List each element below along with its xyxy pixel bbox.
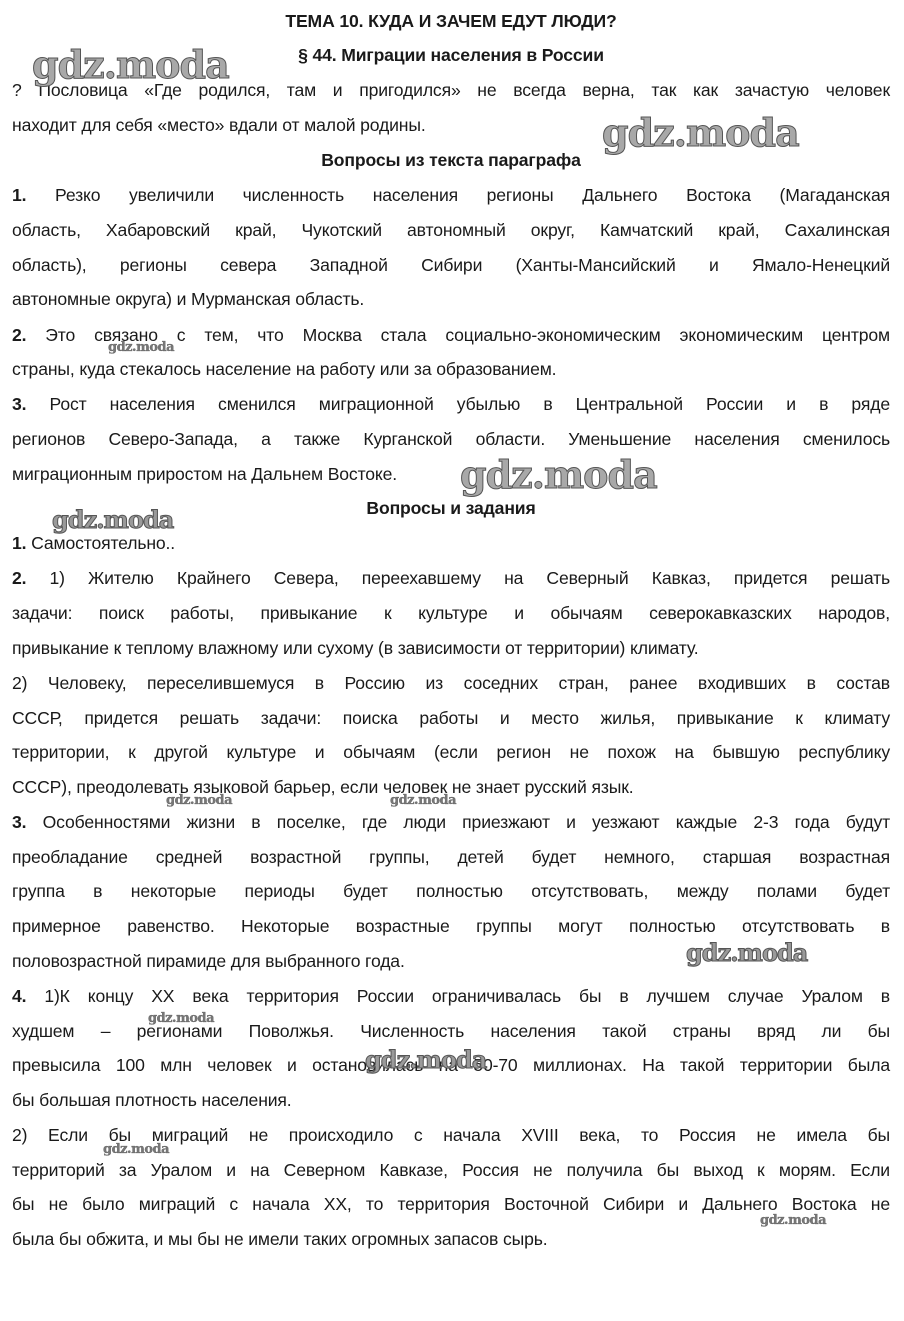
answer-line: область, Хабаровский край, Чукотский авт… (12, 219, 890, 241)
answer-line: бы не было миграций с начала XX, то терр… (12, 1193, 890, 1215)
watermark-logo: gdz.moda (365, 1045, 486, 1074)
answer-line: 3. Рост населения сменился миграционной … (12, 393, 890, 415)
answer-line: область), регионы севера Западной Сибири… (12, 254, 890, 276)
item-number: 3. (12, 812, 26, 832)
topic-title: ТЕМА 10. КУДА И ЗАЧЕМ ЕДУТ ЛЮДИ? (12, 10, 890, 32)
watermark-logo: gdz.moda (602, 110, 799, 155)
answer-line: бы большая плотность населения. (12, 1089, 890, 1111)
answer-line: 2) Человеку, переселившемуся в Россию из… (12, 672, 890, 694)
watermark-logo: gdz.moda (686, 938, 807, 967)
answer-line: миграционным приростом на Дальнем Восток… (12, 463, 890, 485)
answer-line: преобладание средней возрастной группы, … (12, 846, 890, 868)
watermark-logo: gdz.moda (108, 340, 174, 355)
item-number: 4. (12, 986, 26, 1006)
watermark-logo: gdz.moda (460, 452, 657, 497)
answer-line: регионов Северо-Запада, а также Курганск… (12, 428, 890, 450)
answer-line: территории, к другой культуре и обычаям … (12, 741, 890, 763)
answer-line: автономные округа) и Мурманская область. (12, 288, 890, 310)
item-number: 1. (12, 533, 26, 553)
answer-line: 4. 1)К концу XX века территория России о… (12, 985, 890, 1007)
answer-line: 3. Особенностями жизни в поселке, где лю… (12, 811, 890, 833)
item-number: 1. (12, 185, 26, 205)
answer-line: страны, куда стекалось население на рабо… (12, 358, 890, 380)
item-number: 2. (12, 325, 26, 345)
item-number: 2. (12, 568, 26, 588)
watermark-logo: gdz.moda (166, 793, 232, 808)
answer-line: худшем – регионами Поволжья. Численность… (12, 1020, 890, 1042)
answer-line: привыкание к теплому влажному или сухому… (12, 637, 890, 659)
answer-line: 1. Резко увеличили численность населения… (12, 184, 890, 206)
answer-line: территорий за Уралом и на Северном Кавка… (12, 1159, 890, 1181)
watermark-logo: gdz.moda (390, 793, 456, 808)
watermark-logo: gdz.moda (148, 1011, 214, 1026)
answer-line: 1. Самостоятельно.. (12, 532, 890, 554)
answer-line: СССР, придется решать задачи: поиска раб… (12, 707, 890, 729)
answer-line: 2. 1) Жителю Крайнего Севера, переехавше… (12, 567, 890, 589)
answer-line: группа в некоторые периоды будет полност… (12, 880, 890, 902)
answer-line: примерное равенство. Некоторые возрастны… (12, 915, 890, 937)
watermark-logo: gdz.moda (32, 42, 229, 87)
answer-line: была бы обжита, и мы бы не имели таких о… (12, 1228, 890, 1250)
watermark-logo: gdz.moda (760, 1213, 826, 1228)
watermark-logo: gdz.moda (52, 505, 173, 534)
answer-line: задачи: поиск работы, привыкание к культ… (12, 602, 890, 624)
watermark-logo: gdz.moda (103, 1142, 169, 1157)
item-number: 3. (12, 394, 26, 414)
